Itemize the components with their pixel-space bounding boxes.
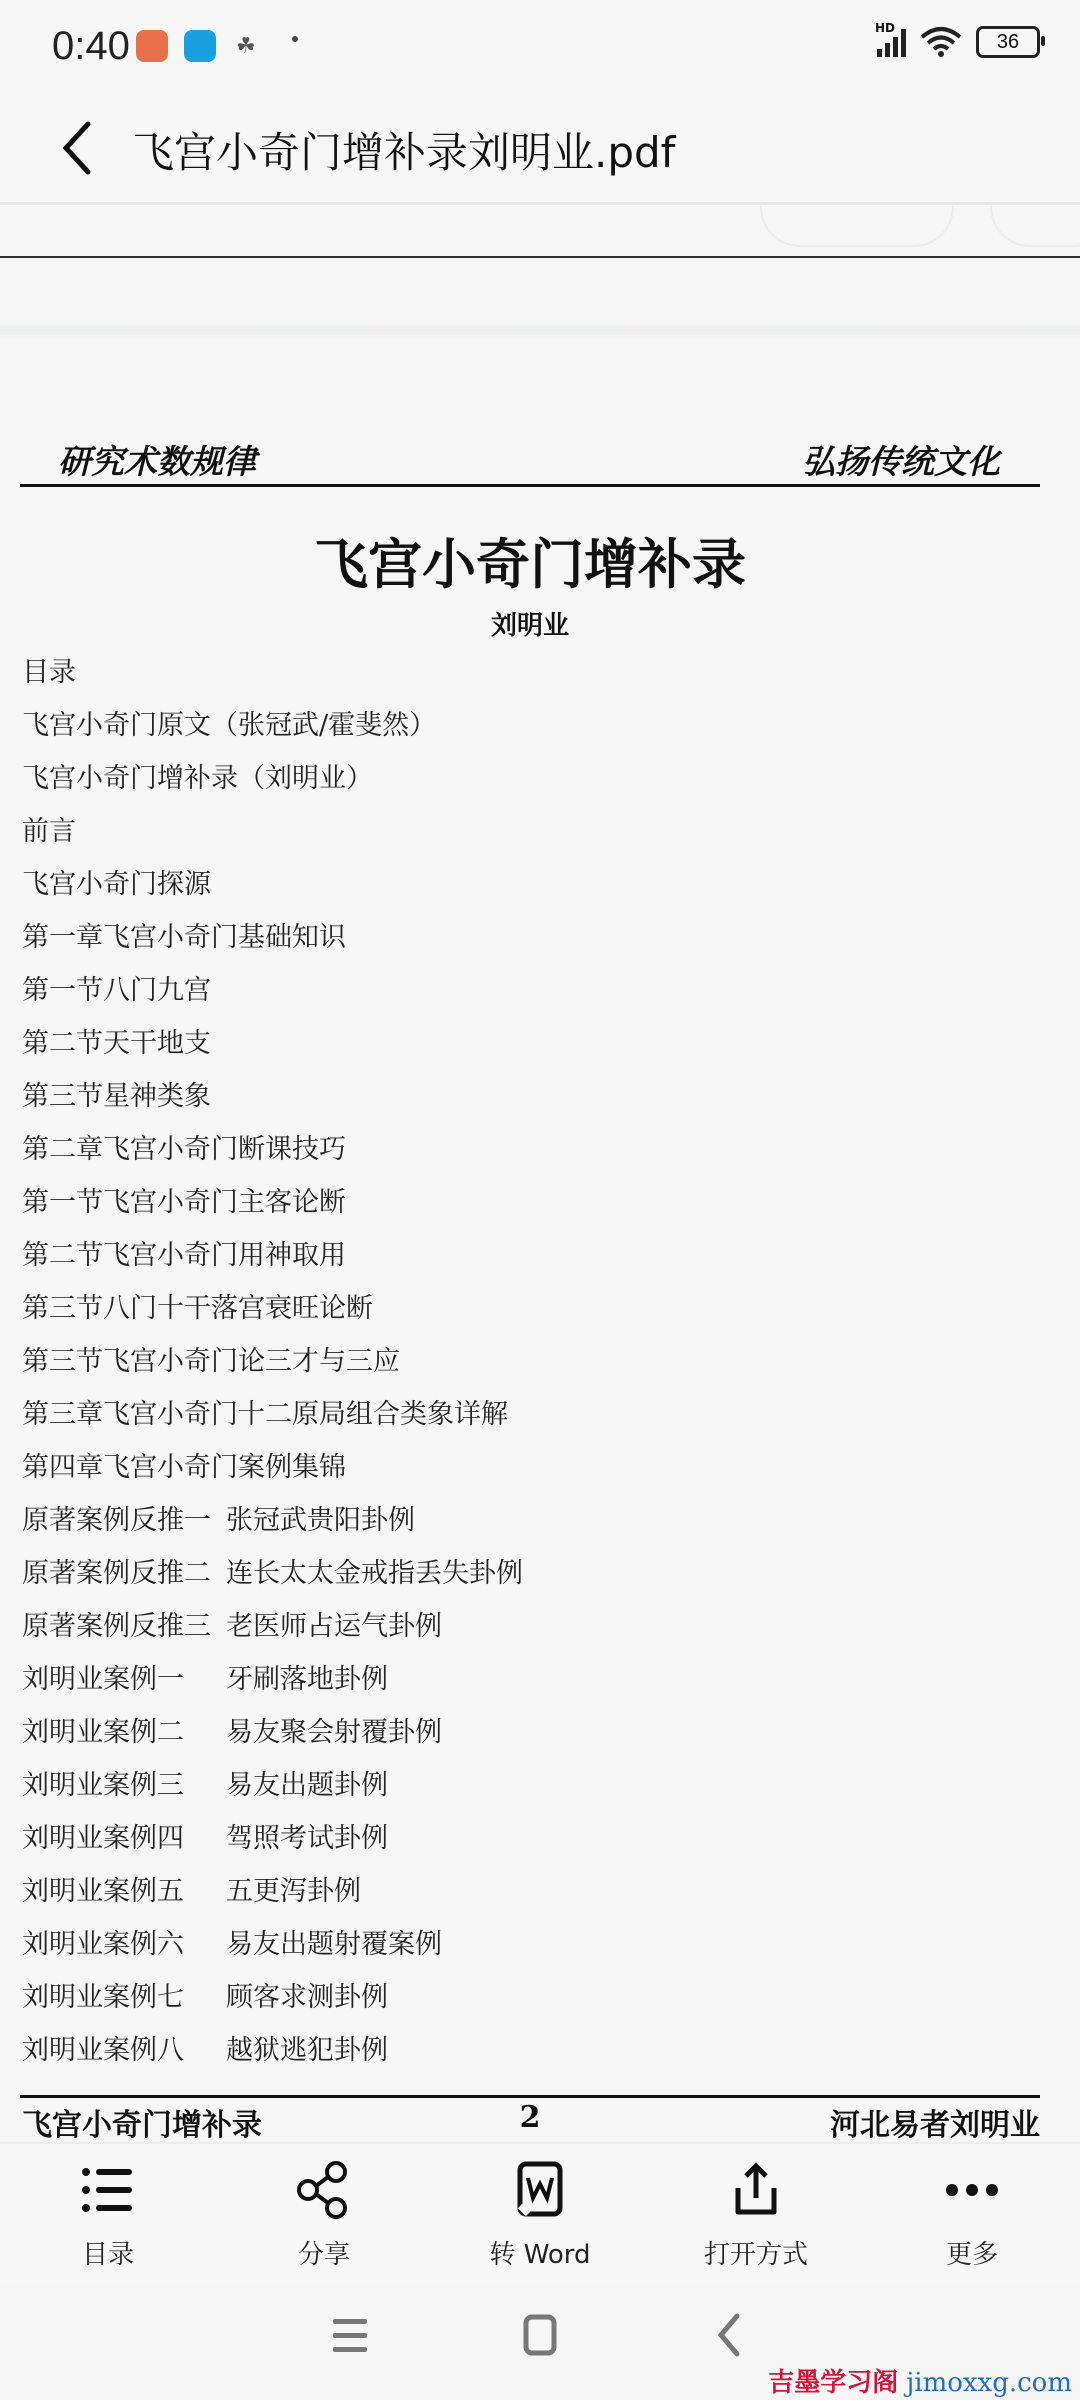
book-title: 飞宫小奇门增补录 — [0, 522, 1060, 599]
watermark: 吉墨学习阁jimoxxg.com — [768, 2362, 1072, 2399]
toc-item[interactable]: 刘明业案例三易友出题卦例 — [22, 1768, 523, 1821]
toc-item-title: 飞宫小奇门原文（张冠武/霍斐然） — [22, 708, 436, 761]
battery-level: 36 — [997, 31, 1019, 54]
toc-item[interactable]: 飞宫小奇门增补录（刘明业） — [22, 761, 523, 814]
toc-item[interactable]: 原著案例反推三老医师占运气卦例 — [22, 1609, 523, 1662]
open-with-button[interactable]: 打开方式 — [648, 2144, 864, 2282]
open-with-label: 打开方式 — [704, 2234, 808, 2271]
toc-item[interactable]: 第四章飞宫小奇门案例集锦 — [22, 1450, 523, 1503]
toc-item-subtitle: 易友出题射覆案例 — [226, 1927, 442, 1980]
toc-item-title: 刘明业案例二 — [22, 1715, 226, 1768]
shopping-app-icon — [136, 30, 168, 62]
toc-item-subtitle: 易友聚会射覆卦例 — [226, 1715, 442, 1768]
toc-item-title: 原著案例反推二 — [22, 1556, 226, 1609]
toc-item[interactable]: 刘明业案例四驾照考试卦例 — [22, 1821, 523, 1874]
toc-button[interactable]: 目录 — [0, 2144, 216, 2282]
open-with-icon — [726, 2160, 786, 2220]
convert-word-button[interactable]: 转 Word — [432, 2144, 648, 2282]
toc-item-title: 原著案例反推一 — [22, 1503, 226, 1556]
toc-item-title: 第三节飞宫小奇门论三才与三应 — [22, 1344, 400, 1397]
book-author: 刘明业 — [0, 605, 1060, 642]
toc-item-title: 第二章飞宫小奇门断课技巧 — [22, 1132, 346, 1185]
page-separator — [0, 322, 1080, 338]
toc-item[interactable]: 刘明业案例六易友出题射覆案例 — [22, 1927, 523, 1980]
toc-item[interactable]: 刘明业案例二易友聚会射覆卦例 — [22, 1715, 523, 1768]
toc-item[interactable]: 刘明业案例一牙刷落地卦例 — [22, 1662, 523, 1715]
toc-item[interactable]: 前言 — [22, 814, 523, 867]
page-edge-shadow — [760, 205, 954, 247]
toc-item-title: 第三节星神类象 — [22, 1079, 211, 1132]
toc-item-title: 飞宫小奇门探源 — [22, 867, 211, 920]
document-title: 飞宫小奇门增补录刘明业.pdf — [132, 120, 675, 180]
toc-item[interactable]: 刘明业案例八越狱逃犯卦例 — [22, 2033, 523, 2086]
toc-item[interactable]: 第三节飞宫小奇门论三才与三应 — [22, 1344, 523, 1397]
toc-item-title: 前言 — [22, 814, 76, 867]
toc-item-subtitle: 易友出题卦例 — [226, 1768, 388, 1821]
toc-item-title: 第二节天干地支 — [22, 1026, 211, 1079]
more-icon — [942, 2160, 1002, 2220]
footer-rule — [20, 2095, 1040, 2098]
page-header-left: 研究术数规律 — [58, 436, 256, 483]
toc-item[interactable]: 第二章飞宫小奇门断课技巧 — [22, 1132, 523, 1185]
toc-item[interactable]: 目录 — [22, 655, 523, 708]
toc-item-title: 原著案例反推三 — [22, 1609, 226, 1662]
toc-item[interactable]: 刘明业案例七顾客求测卦例 — [22, 1980, 523, 2033]
status-time: 0:40 — [52, 24, 130, 69]
toc-item[interactable]: 第一节八门九宫 — [22, 973, 523, 1026]
signal-icon: HD — [877, 27, 906, 57]
toc-item-subtitle: 五更泻卦例 — [226, 1874, 361, 1927]
toc-item-title: 第四章飞宫小奇门案例集锦 — [22, 1450, 346, 1503]
dot-icon — [292, 36, 298, 42]
toc-item[interactable]: 飞宫小奇门原文（张冠武/霍斐然） — [22, 708, 523, 761]
watermark-cn: 吉墨学习阁 — [768, 2368, 898, 2398]
battery-icon: 36 — [976, 26, 1040, 58]
page-footer-right: 河北易者刘明业 — [830, 2100, 1040, 2144]
toc-item-subtitle: 越狱逃犯卦例 — [226, 2033, 388, 2086]
toc-item-subtitle: 老医师占运气卦例 — [226, 1609, 442, 1662]
menu-icon[interactable] — [325, 2310, 375, 2360]
page-header-right: 弘扬传统文化 — [802, 436, 1000, 483]
toc-item-title: 目录 — [22, 655, 76, 708]
toc-item[interactable]: 第二节飞宫小奇门用神取用 — [22, 1238, 523, 1291]
page-edge-shadow — [990, 205, 1080, 247]
toc-item[interactable]: 第三节星神类象 — [22, 1079, 523, 1132]
bottom-toolbar: 目录 分享 转 Word 打开方式 更多 — [0, 2142, 1080, 2282]
toc-item-title: 刘明业案例三 — [22, 1768, 226, 1821]
list-icon — [78, 2160, 138, 2220]
toc-item[interactable]: 第三章飞宫小奇门十二原局组合类象详解 — [22, 1397, 523, 1450]
back-nav-icon[interactable] — [705, 2310, 755, 2360]
status-right: HD 36 — [877, 26, 1040, 58]
toc-item[interactable]: 第二节天干地支 — [22, 1026, 523, 1079]
share-label: 分享 — [298, 2234, 350, 2271]
previous-page-line — [0, 256, 1080, 258]
toc-item-title: 刘明业案例七 — [22, 1980, 226, 2033]
toc-item-title: 刘明业案例五 — [22, 1874, 226, 1927]
more-label: 更多 — [946, 2234, 998, 2271]
toc-item-subtitle: 张冠武贵阳卦例 — [226, 1503, 415, 1556]
toc-item-title: 刘明业案例八 — [22, 2033, 226, 2086]
share-icon — [294, 2160, 354, 2220]
more-button[interactable]: 更多 — [864, 2144, 1080, 2282]
toc-item[interactable]: 飞宫小奇门探源 — [22, 867, 523, 920]
toc-item-title: 刘明业案例六 — [22, 1927, 226, 1980]
toc-item[interactable]: 第一章飞宫小奇门基础知识 — [22, 920, 523, 973]
toc-item-subtitle: 驾照考试卦例 — [226, 1821, 388, 1874]
toc-item-subtitle: 连长太太金戒指丢失卦例 — [226, 1556, 523, 1609]
toc-item-title: 第二节飞宫小奇门用神取用 — [22, 1238, 346, 1291]
table-of-contents: 目录飞宫小奇门原文（张冠武/霍斐然）飞宫小奇门增补录（刘明业）前言飞宫小奇门探源… — [22, 655, 523, 2086]
toc-item-title: 第一章飞宫小奇门基础知识 — [22, 920, 346, 973]
wifi-icon — [920, 26, 962, 58]
toc-item[interactable]: 第一节飞宫小奇门主客论断 — [22, 1185, 523, 1238]
toc-item-title: 第三节八门十干落宫衰旺论断 — [22, 1291, 373, 1344]
toc-item-title: 飞宫小奇门增补录（刘明业） — [22, 761, 373, 814]
convert-word-label: 转 Word — [489, 2234, 590, 2271]
toc-item[interactable]: 第三节八门十干落宫衰旺论断 — [22, 1291, 523, 1344]
blue-app-icon — [184, 30, 216, 62]
toc-item-subtitle: 牙刷落地卦例 — [226, 1662, 388, 1715]
share-button[interactable]: 分享 — [216, 2144, 432, 2282]
back-button[interactable] — [58, 118, 98, 178]
toc-item-title: 第一节八门九宫 — [22, 973, 211, 1026]
toc-item[interactable]: 原著案例反推二连长太太金戒指丢失卦例 — [22, 1556, 523, 1609]
toc-item[interactable]: 原著案例反推一张冠武贵阳卦例 — [22, 1503, 523, 1556]
toc-label: 目录 — [82, 2234, 134, 2271]
toc-item-title: 第一节飞宫小奇门主客论断 — [22, 1185, 346, 1238]
watermark-en: jimoxxg.com — [906, 2368, 1072, 2398]
cloud-icon: ☘ — [236, 34, 256, 59]
network-type: HD — [875, 21, 895, 35]
toc-item[interactable]: 刘明业案例五五更泻卦例 — [22, 1874, 523, 1927]
toc-item-title: 刘明业案例四 — [22, 1821, 226, 1874]
home-icon[interactable] — [515, 2310, 565, 2360]
word-convert-icon — [510, 2160, 570, 2220]
toc-item-subtitle: 顾客求测卦例 — [226, 1980, 388, 2033]
toc-item-title: 第三章飞宫小奇门十二原局组合类象详解 — [22, 1397, 508, 1450]
toc-item-title: 刘明业案例一 — [22, 1662, 226, 1715]
header-rule — [20, 484, 1040, 487]
